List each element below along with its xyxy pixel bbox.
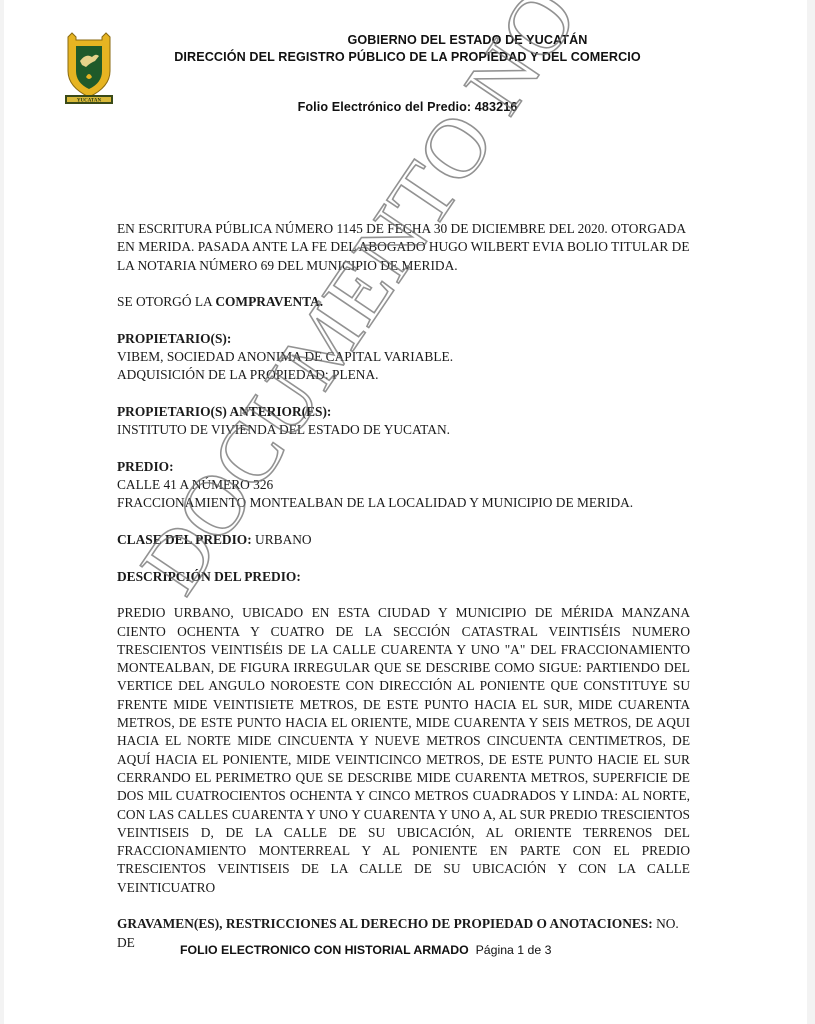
descripcion-paragraph: PREDIO URBANO, UBICADO EN ESTA CIUDAD Y … — [117, 604, 690, 897]
propietarios-label: PROPIETARIO(S): — [117, 330, 690, 348]
page-footer: FOLIO ELECTRONICO CON HISTORIAL ARMADO P… — [180, 943, 552, 957]
anterior-value: INSTITUTO DE VIVIENDA DEL ESTADO DE YUCA… — [117, 421, 690, 439]
anteriores-label: PROPIETARIO(S) ANTERIOR(ES): — [117, 403, 690, 421]
clase-line: CLASE DEL PREDIO: URBANO — [117, 531, 690, 549]
registry-title: DIRECCIÓN DEL REGISTRO PÚBLICO DE LA PRO… — [0, 50, 815, 64]
descripcion-label: DESCRIPCIÓN DEL PREDIO: — [117, 568, 690, 586]
footer-title: FOLIO ELECTRONICO CON HISTORIAL ARMADO — [180, 943, 469, 957]
folio-number: Folio Electrónico del Predio: 483216 — [0, 100, 815, 114]
predio-calle: CALLE 41 A NÚMERO 326 — [117, 476, 690, 494]
predio-label: PREDIO: — [117, 458, 690, 476]
predio-fraccionamiento: FRACCIONAMIENTO MONTEALBAN DE LA LOCALID… — [117, 494, 690, 512]
page-number: Página 1 de 3 — [476, 943, 552, 957]
escritura-paragraph: EN ESCRITURA PÚBLICA NÚMERO 1145 DE FECH… — [117, 220, 690, 275]
adquisicion-value: ADQUISICIÓN DE LA PROPIEDAD: PLENA. — [117, 366, 690, 384]
propietario-value: VIBEM, SOCIEDAD ANONIMA DE CAPITAL VARIA… — [117, 348, 690, 366]
document-body: EN ESCRITURA PÚBLICA NÚMERO 1145 DE FECH… — [117, 220, 690, 952]
clase-value: URBANO — [252, 532, 312, 547]
acto-line: SE OTORGÓ LA COMPRAVENTA. — [117, 293, 690, 311]
acto-value: COMPRAVENTA. — [215, 294, 323, 309]
government-title: GOBIERNO DEL ESTADO DE YUCATÁN — [60, 33, 815, 47]
